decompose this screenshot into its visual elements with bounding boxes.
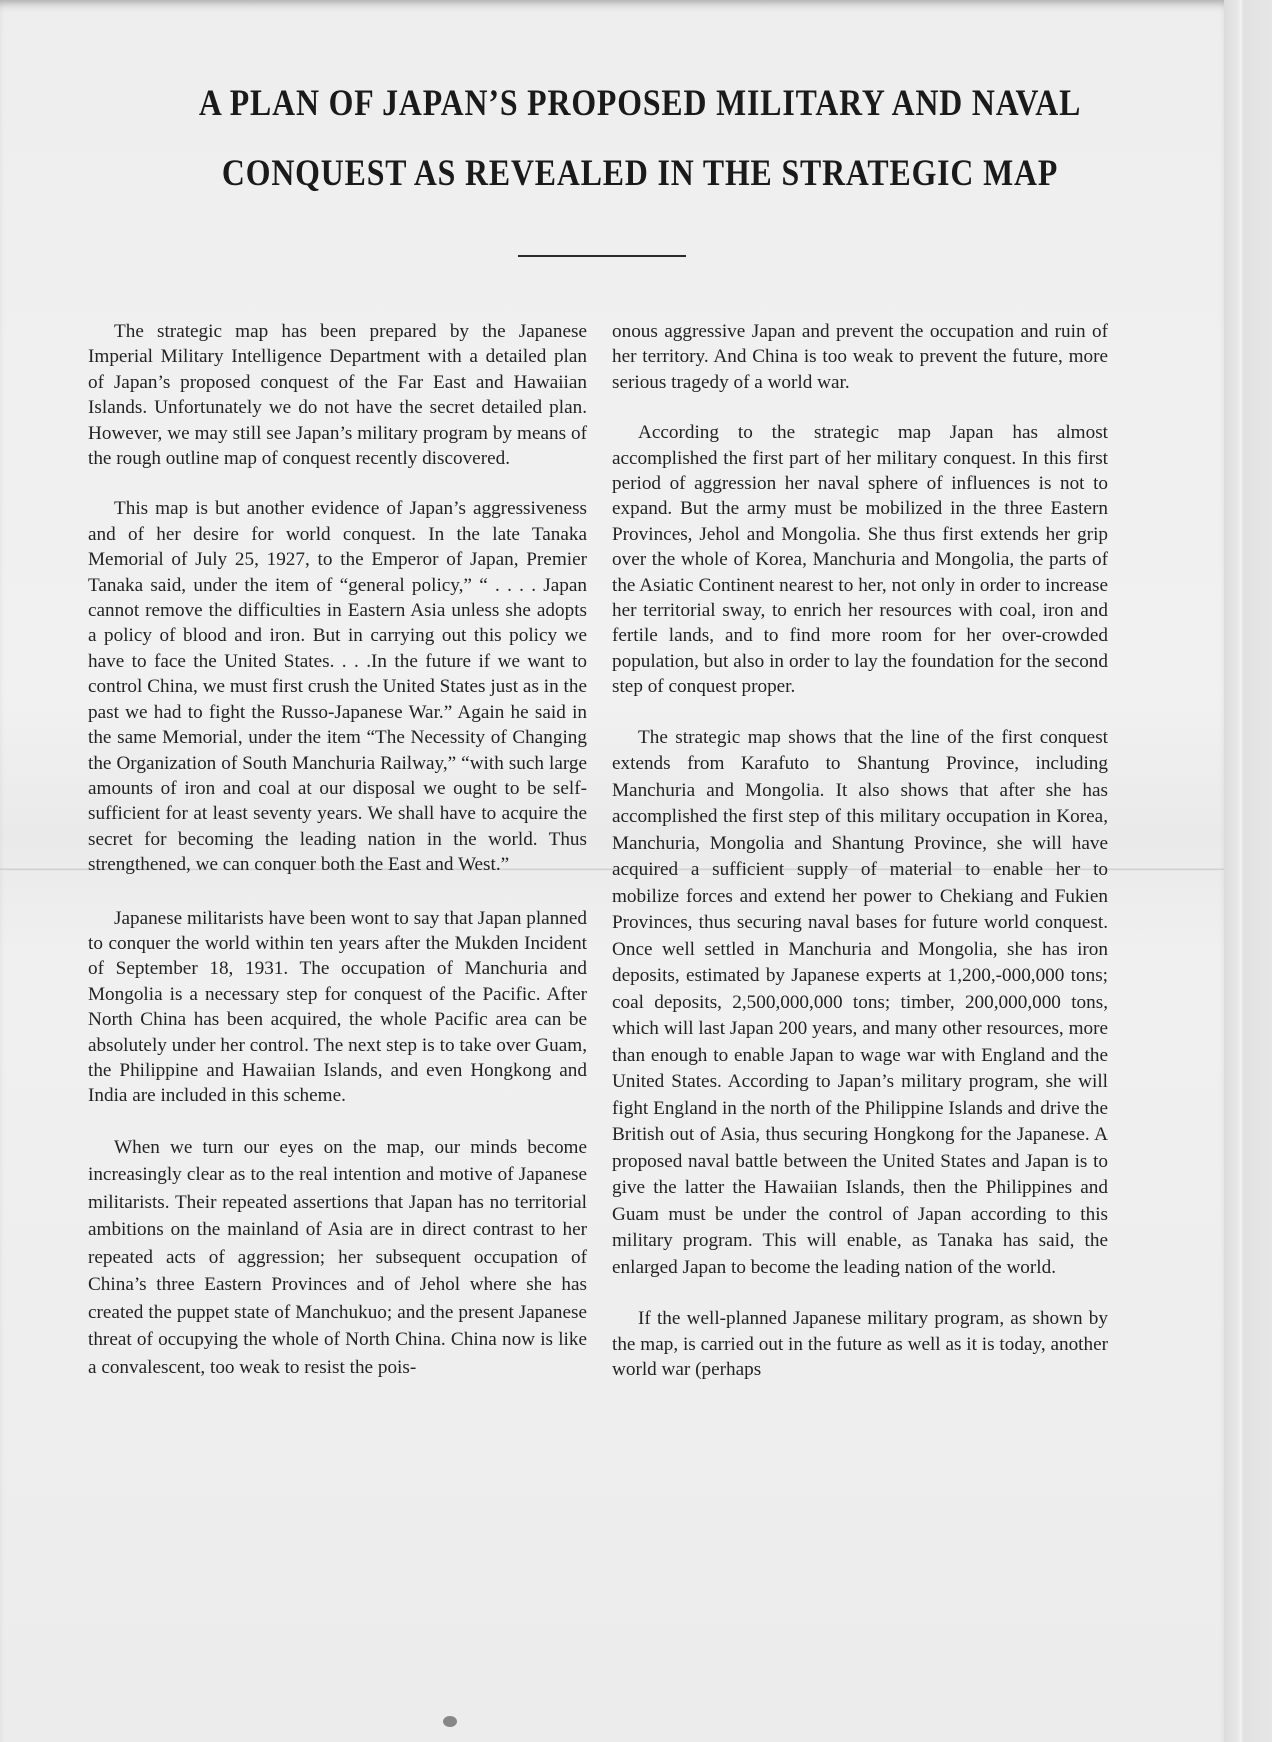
paragraph-tanaka-memorial: This map is but another evidence of Japa… xyxy=(88,496,587,877)
paragraph-strategic-line: The strategic map shows that the line of… xyxy=(612,725,1108,1282)
left-text-column: The strategic map has been prepared by t… xyxy=(88,319,587,1381)
paragraph-intro: The strategic map has been prepared by t… xyxy=(88,319,587,471)
paragraph-militarists: Japanese militarists have been wont to s… xyxy=(88,906,587,1109)
ink-spot-mark xyxy=(443,1716,457,1727)
paragraph-first-conquest: According to the strategic map Japan has… xyxy=(612,420,1108,699)
document-title-line-1: A PLAN OF JAPAN’S PROPOSED MILITARY AND … xyxy=(141,82,1139,125)
paragraph-world-war: If the well-planned Japanese military pr… xyxy=(612,1306,1108,1382)
paragraph-continued: onous aggressive Japan and prevent the o… xyxy=(612,319,1108,395)
right-text-column: onous aggressive Japan and prevent the o… xyxy=(612,319,1108,1382)
title-divider-rule xyxy=(518,255,686,257)
scan-edge-strip xyxy=(1224,0,1272,1742)
document-page: A PLAN OF JAPAN’S PROPOSED MILITARY AND … xyxy=(0,0,1225,1742)
paragraph-map-intentions: When we turn our eyes on the map, our mi… xyxy=(88,1134,587,1382)
document-title-line-2: CONQUEST AS REVEALED IN THE STRATEGIC MA… xyxy=(141,152,1139,195)
